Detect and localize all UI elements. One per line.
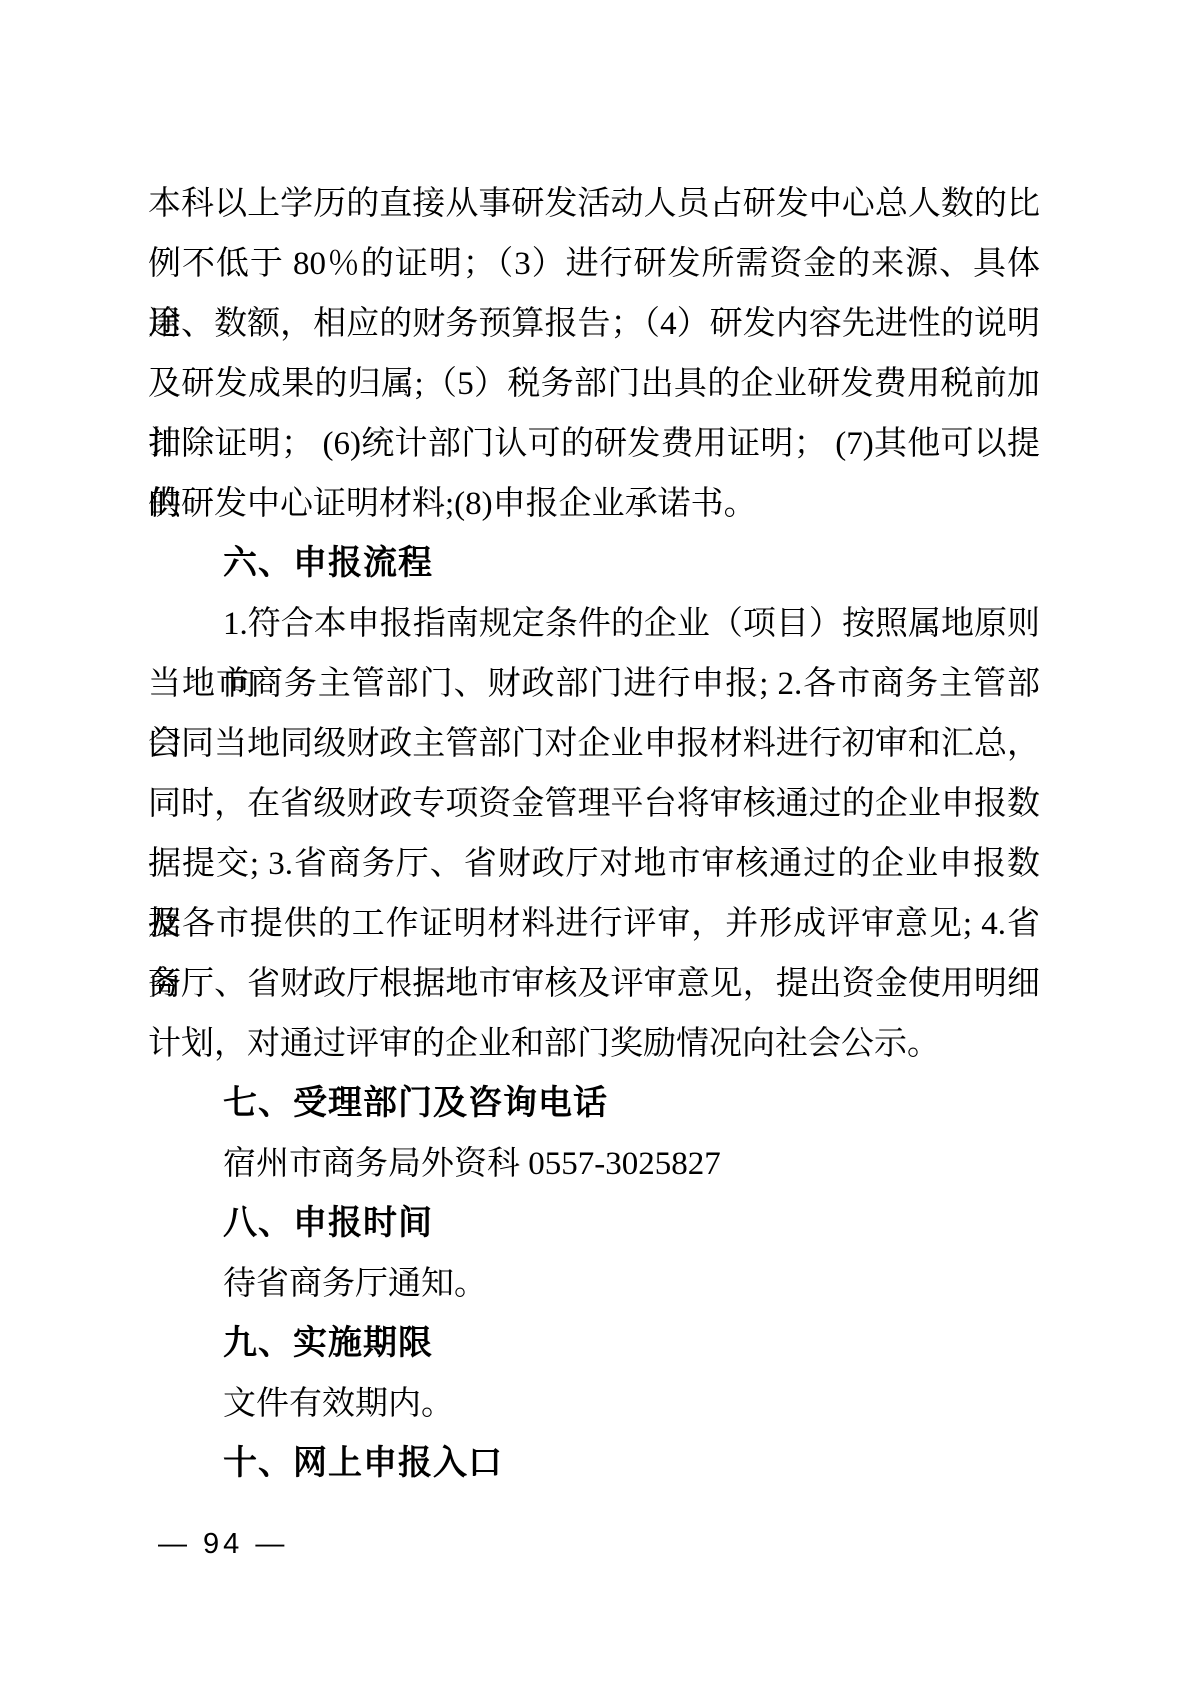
contact-info-line: 宿州市商务局外资科 0557-3025827 — [148, 1134, 1040, 1194]
body-text-line: 务厅、省财政厅根据地市审核及评审意见，提出资金使用明细 — [148, 954, 1040, 1014]
body-text-line: 本科以上学历的直接从事研发活动人员占研发中心总人数的比 — [148, 174, 1040, 234]
body-text-line: 待省商务厅通知。 — [148, 1254, 1040, 1314]
document-body: 本科以上学历的直接从事研发活动人员占研发中心总人数的比 例不低于 80％的证明；… — [148, 174, 1040, 1494]
section-heading-application-process: 六、申报流程 — [148, 534, 1040, 594]
document-page: 本科以上学历的直接从事研发活动人员占研发中心总人数的比 例不低于 80％的证明；… — [0, 0, 1190, 1683]
body-text-line: 及研发成果的归属;（5）税务部门出具的企业研发费用税前加计 — [148, 354, 1040, 414]
body-text-line: 计划，对通过评审的企业和部门奖励情况向社会公示。 — [148, 1014, 1040, 1074]
section-heading-implementation-period: 九、实施期限 — [148, 1314, 1040, 1374]
body-text-line: 会同当地同级财政主管部门对企业申报材料进行初审和汇总， — [148, 714, 1040, 774]
body-text-line: 据提交; 3.省商务厅、省财政厅对地市审核通过的企业申报数据 — [148, 834, 1040, 894]
body-text-line: 及各市提供的工作证明材料进行评审，并形成评审意见; 4.省商 — [148, 894, 1040, 954]
body-text-line: 文件有效期内。 — [148, 1374, 1040, 1434]
section-heading-accepting-department: 七、受理部门及咨询电话 — [148, 1074, 1040, 1134]
body-text-line: 途、数额，相应的财务预算报告；（4）研发内容先进性的说明 — [148, 294, 1040, 354]
body-text-line: 例不低于 80％的证明；（3）进行研发所需资金的来源、具体用 — [148, 234, 1040, 294]
section-heading-online-application-entry: 十、网上申报入口 — [148, 1434, 1040, 1494]
body-text-line: 1.符合本申报指南规定条件的企业（项目）按照属地原则向 — [148, 594, 1040, 654]
body-text-line: 同时，在省级财政专项资金管理平台将审核通过的企业申报数 — [148, 774, 1040, 834]
body-text-line: 的研发中心证明材料;(8)申报企业承诺书。 — [148, 474, 1040, 534]
body-text-line: 当地市商务主管部门、财政部门进行申报; 2.各市商务主管部门 — [148, 654, 1040, 714]
body-text-line: 扣除证明； (6)统计部门认可的研发费用证明； (7)其他可以提供 — [148, 414, 1040, 474]
section-heading-application-time: 八、申报时间 — [148, 1194, 1040, 1254]
page-number: — 94 — — [158, 1524, 288, 1564]
